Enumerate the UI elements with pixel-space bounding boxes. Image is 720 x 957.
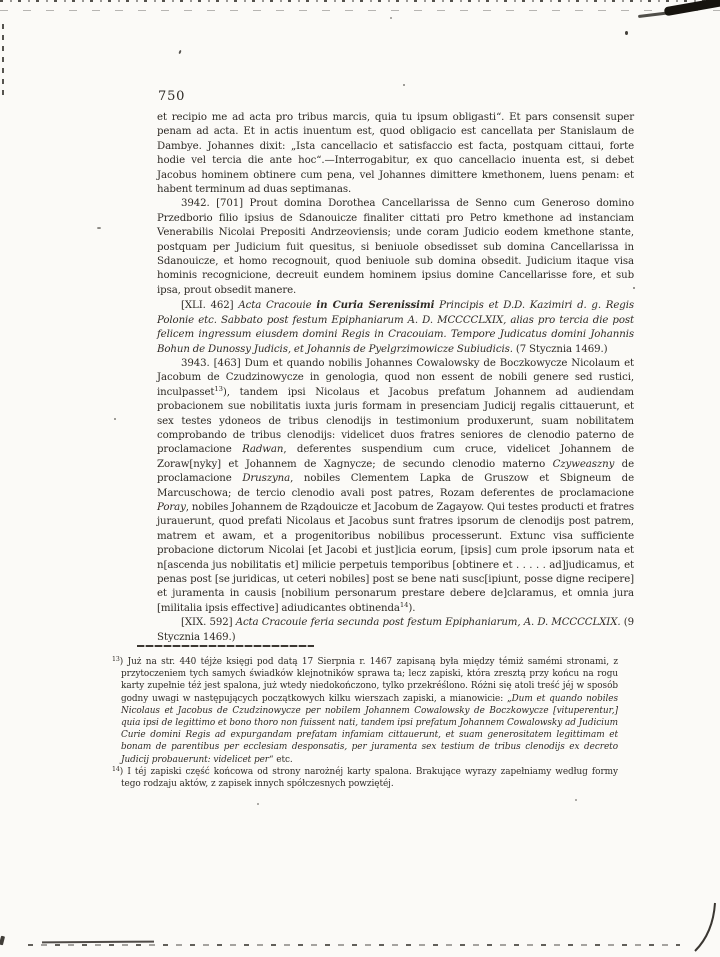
ink-speck bbox=[97, 227, 101, 229]
footnote-13-marker: 13 bbox=[112, 656, 120, 663]
ink-speck bbox=[390, 17, 392, 19]
footnotes: 13) Już na str. 440 téjże księgi pod dat… bbox=[112, 656, 618, 790]
body-text: , nobiles Johannem de Rządouicze et Jaco… bbox=[157, 502, 634, 614]
body-text: et recipio me ad acta pro tribus marcis,… bbox=[157, 112, 634, 195]
catalog-ref: [XIX. 592] bbox=[181, 617, 236, 628]
scan-page-curl-bottom-right bbox=[692, 901, 718, 953]
scan-speckle-bottom bbox=[28, 944, 680, 946]
date-note: (7 Stycznia 1469.) bbox=[513, 344, 608, 355]
footnote-14-marker: 14 bbox=[112, 766, 120, 773]
ink-speck bbox=[625, 31, 628, 35]
body-text: 3942. [701] Prout domina Dorothea Cancel… bbox=[157, 198, 634, 295]
catalog-ref: [XLI. 462] bbox=[181, 300, 238, 311]
clan-name-radwan: Radwan bbox=[242, 444, 283, 455]
paragraph-3942: 3942. [701] Prout domina Dorothea Cancel… bbox=[157, 197, 634, 298]
scan-dashed-left-edge bbox=[2, 24, 4, 98]
scan-speckle-top bbox=[0, 0, 720, 2]
acta-title: Acta Cracouie feria secunda post festum … bbox=[236, 617, 621, 628]
scan-speckle-top-faint bbox=[0, 10, 720, 11]
footnote-13: 13) Już na str. 440 téjże księgi pod dat… bbox=[112, 656, 618, 766]
ink-speck bbox=[257, 803, 259, 805]
page-number: 750 bbox=[158, 89, 185, 104]
ink-speck bbox=[403, 84, 405, 86]
curia-serenissimi-emphasis: in Curia Serenissimi bbox=[316, 299, 434, 311]
clan-name-poray: Poray bbox=[157, 502, 186, 513]
clan-name-druszyna: Druszyna bbox=[242, 473, 290, 484]
text-body: et recipio me ad acta pro tribus marcis,… bbox=[157, 111, 634, 645]
ink-speck bbox=[575, 799, 577, 801]
scan-dark-segment-bottom bbox=[42, 941, 154, 944]
heading-acta-xli-462: [XLI. 462] Acta Cracouie in Curia Sereni… bbox=[157, 298, 634, 357]
footnote-text: “ etc. bbox=[269, 755, 293, 765]
acta-title: Acta Cracouie bbox=[238, 300, 316, 311]
body-text: ). bbox=[408, 603, 415, 614]
heading-acta-xix-592: [XIX. 592] Acta Cracouie feria secunda p… bbox=[157, 616, 634, 645]
clan-name-czyweaszny: Czyweaszny bbox=[553, 459, 615, 470]
footnote-14: 14) I téj zapiski część końcowa od stron… bbox=[112, 766, 618, 790]
scan-ink-blob-tail bbox=[638, 11, 672, 18]
scan-mark-bottom-left bbox=[0, 936, 5, 946]
footnote-text: ) I téj zapiski część końcowa od strony … bbox=[120, 767, 618, 789]
ink-speck bbox=[114, 418, 116, 420]
scanned-book-page: 750 et recipio me ad acta pro tribus mar… bbox=[0, 0, 720, 957]
footnote-ref-13: 13 bbox=[214, 385, 222, 393]
paragraph-continuation: et recipio me ad acta pro tribus marcis,… bbox=[157, 111, 634, 197]
ink-speck bbox=[178, 50, 181, 54]
footnote-latin-quote: Dum et quando nobiles Nicolaus et Jacobu… bbox=[121, 694, 618, 765]
paragraph-3943: 3943. [463] Dum et quando nobilis Johann… bbox=[157, 357, 634, 616]
scan-ink-blob-top-right bbox=[664, 0, 720, 16]
footnote-separator-rule bbox=[137, 645, 314, 647]
